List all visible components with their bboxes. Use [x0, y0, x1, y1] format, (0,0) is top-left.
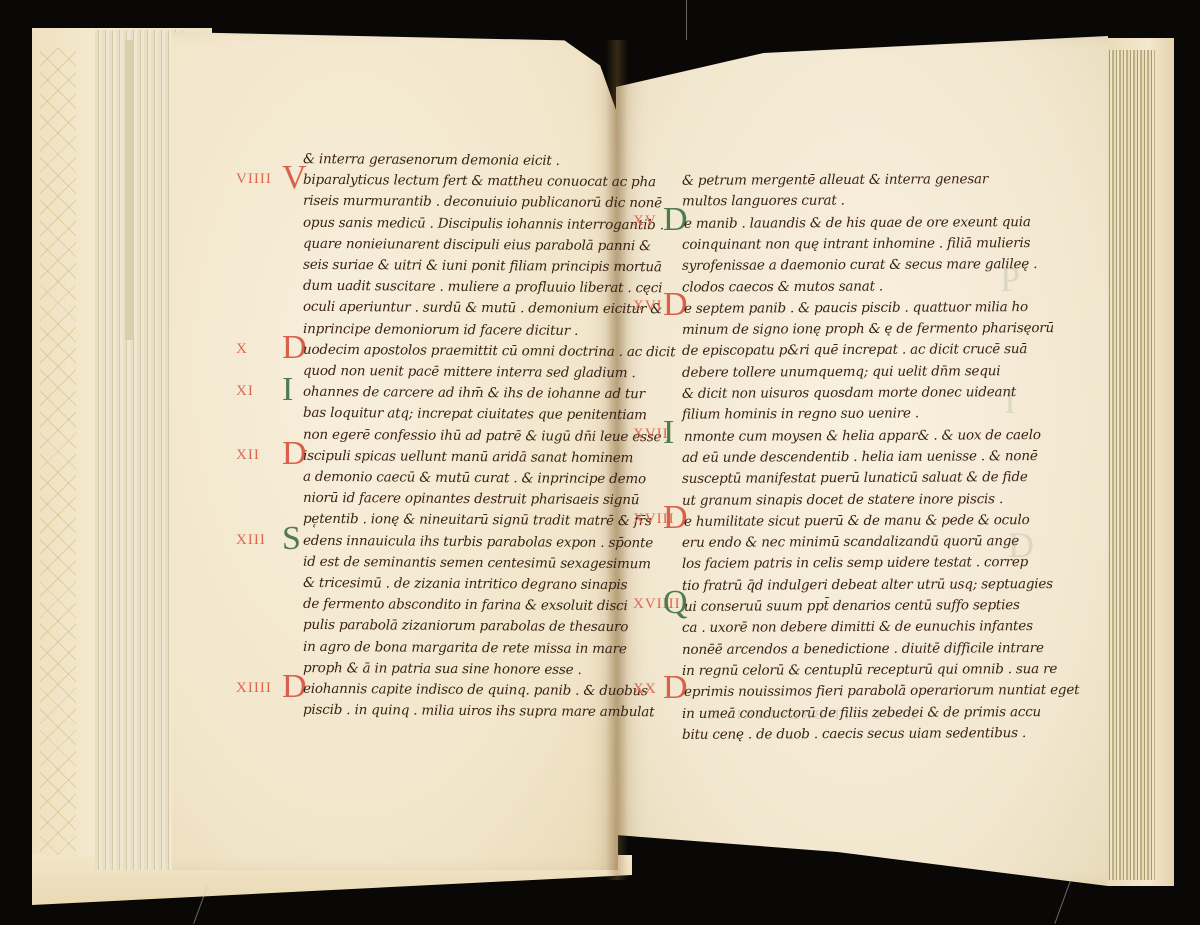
- manuscript-line: ohannes de carcere ad ihm̄ & ihs de ioha…: [303, 384, 645, 402]
- manuscript-line: e septem panib . & paucis piscib . quatt…: [684, 299, 1028, 317]
- manuscript-line: ui conseruū suum ppt̄ denarios centū suf…: [684, 597, 1020, 615]
- manuscript-line: edens innauicula ihs turbis parabolas ex…: [303, 532, 653, 550]
- mounting-thread: [686, 0, 687, 40]
- chapter-number: X: [236, 341, 248, 358]
- manuscript-line: ad eū unde descendentib . helia iam ueni…: [682, 448, 1038, 466]
- manuscript-line: & dicit non uisuros quosdam morte donec …: [682, 384, 1016, 402]
- cover-lattice-tooling: [40, 48, 76, 878]
- manuscript-line: coinquinant non quę intrant inhomine . f…: [682, 235, 1030, 253]
- chapter-number: XIIII: [236, 680, 272, 697]
- visible-page-edge-writing: [125, 40, 133, 340]
- chapter-number: XX: [633, 681, 657, 698]
- manuscript-line: niorū id facere opinantes destruit phari…: [303, 490, 639, 508]
- manuscript-line: oculi aperiuntur . surdū & mutū . demoni…: [303, 299, 662, 318]
- manuscript-line: id est de seminantis semen centesimū sex…: [303, 554, 651, 572]
- manuscript-line: minum de signo ionę proph & ę de ferment…: [682, 320, 1054, 338]
- chapter-number: VIIII: [236, 171, 272, 188]
- manuscript-line: non egerē confessio ihū ad patrē & iugū …: [303, 426, 670, 445]
- manuscript-line: opus sanis medicū . Discipulis iohannis …: [303, 214, 664, 233]
- manuscript-line: & interra gerasenorum demonia eicit .: [303, 151, 560, 169]
- manuscript-line: susceptū manifestat puerū lunaticū salua…: [682, 469, 1028, 487]
- page-stack-left: [95, 30, 185, 870]
- manuscript-line: de episcopatu p&ri quē increpat . ac dic…: [682, 341, 1027, 359]
- decorated-initial: I: [663, 416, 674, 450]
- ghost-initial-i: I: [1004, 380, 1016, 422]
- chapter-number: XIII: [236, 532, 266, 549]
- manuscript-line: quod non uenit pacē mittere interra sed …: [303, 363, 636, 381]
- manuscript-line: a demonio caecū & mutū curat . & inprinc…: [303, 469, 646, 487]
- manuscript-line: e humilitate sicut puerū & de manu & ped…: [684, 512, 1030, 530]
- manuscript-line: piscib . in quinq . milia uiros ihs supr…: [303, 702, 655, 720]
- chapter-number: XVI: [633, 298, 663, 315]
- page-stack-right: [1105, 50, 1155, 880]
- manuscript-line: uodecim apostolos praemittit cū omni doc…: [303, 341, 676, 360]
- manuscript-line: tio fratrū q̄d indulgeri debeat alter ut…: [682, 576, 1053, 594]
- manuscript-line: & petrum mergentē alleuat & interra gene…: [682, 171, 988, 189]
- manuscript-line: proph & ā in patria sua sine honore esse…: [303, 660, 582, 678]
- manuscript-line: clodos caecos & mutos sanat .: [682, 278, 883, 295]
- manuscript-photo: & interra gerasenorum demonia eicit .VII…: [0, 0, 1200, 925]
- manuscript-line: seis suriae & uitri & iuni ponit filiam …: [303, 257, 662, 276]
- manuscript-line: debere tollere unumquemq; qui uelit dn̄m…: [682, 363, 1000, 381]
- show-through-text: EXPLICIT BREVIARIVM: [705, 708, 916, 724]
- manuscript-line: iscipuli spicas uellunt manū aridā sanat…: [303, 448, 633, 466]
- manuscript-line: filium hominis in regno suo uenire .: [682, 406, 919, 423]
- chapter-number: XII: [236, 447, 260, 464]
- manuscript-line: pe̜tentib . ionę & nineuitarū signū trad…: [303, 511, 652, 529]
- chapter-number: XV: [633, 213, 657, 230]
- manuscript-line: eprimis nouissimos fieri parabolā operar…: [684, 682, 1079, 700]
- manuscript-line: e manib . lauandis & de his quae de ore …: [684, 214, 1031, 232]
- manuscript-line: bas loquitur atq; increpat ciuitates que…: [303, 405, 647, 423]
- manuscript-line: inprincipe demoniorum id facere dicitur …: [303, 321, 578, 339]
- manuscript-line: eru endo & nec minimū scandalizandū quor…: [682, 533, 1019, 551]
- manuscript-line: eiohannis capite indisco de quinq. panib…: [303, 681, 648, 699]
- manuscript-line: riseis murmurantib . deconuiuio publican…: [303, 193, 662, 212]
- manuscript-line: ca . uxorē non debere dimitti & de eunuc…: [682, 618, 1033, 636]
- ghost-initial-p: P: [1000, 258, 1020, 300]
- manuscript-line: in regnū celorū & centuplū recepturū qui…: [682, 661, 1057, 679]
- manuscript-line: dum uadit suscitare . muliere a profluui…: [303, 278, 662, 297]
- mounting-thread: [1054, 881, 1070, 924]
- manuscript-line: biparalyticus lectum fert & mattheu conu…: [303, 172, 656, 190]
- decorated-initial: I: [282, 373, 293, 407]
- manuscript-line: ut granum sinapis docet de statere inore…: [682, 491, 1003, 509]
- manuscript-line: in agro de bona margarita de rete missa …: [303, 638, 627, 656]
- manuscript-line: multos languores curat .: [682, 193, 845, 210]
- manuscript-line: nmonte cum moysen & helia appar& . & uox…: [684, 427, 1041, 445]
- manuscript-line: pulis parabolā zizaniorum parabolas de t…: [303, 617, 628, 635]
- manuscript-line: los faciem patris in celis semp uidere t…: [682, 554, 1028, 572]
- chapter-number: XI: [236, 383, 254, 400]
- manuscript-line: syrofenissae a daemonio curat & secus ma…: [682, 256, 1037, 274]
- manuscript-line: de fermento abscondito in farina & exsol…: [303, 596, 628, 614]
- manuscript-line: quare nonieiunarent discipuli eius parab…: [303, 236, 651, 254]
- decorated-initial: S: [282, 522, 301, 556]
- manuscript-line: bitu cenę . de duob . caecis secus uiam …: [682, 725, 1026, 743]
- manuscript-line: & tricesimū . de zizania intritico degra…: [303, 575, 627, 593]
- manuscript-line: nonēē arcendos a benedictione . diuitē d…: [682, 640, 1044, 658]
- ghost-initial-d: D: [1008, 524, 1034, 566]
